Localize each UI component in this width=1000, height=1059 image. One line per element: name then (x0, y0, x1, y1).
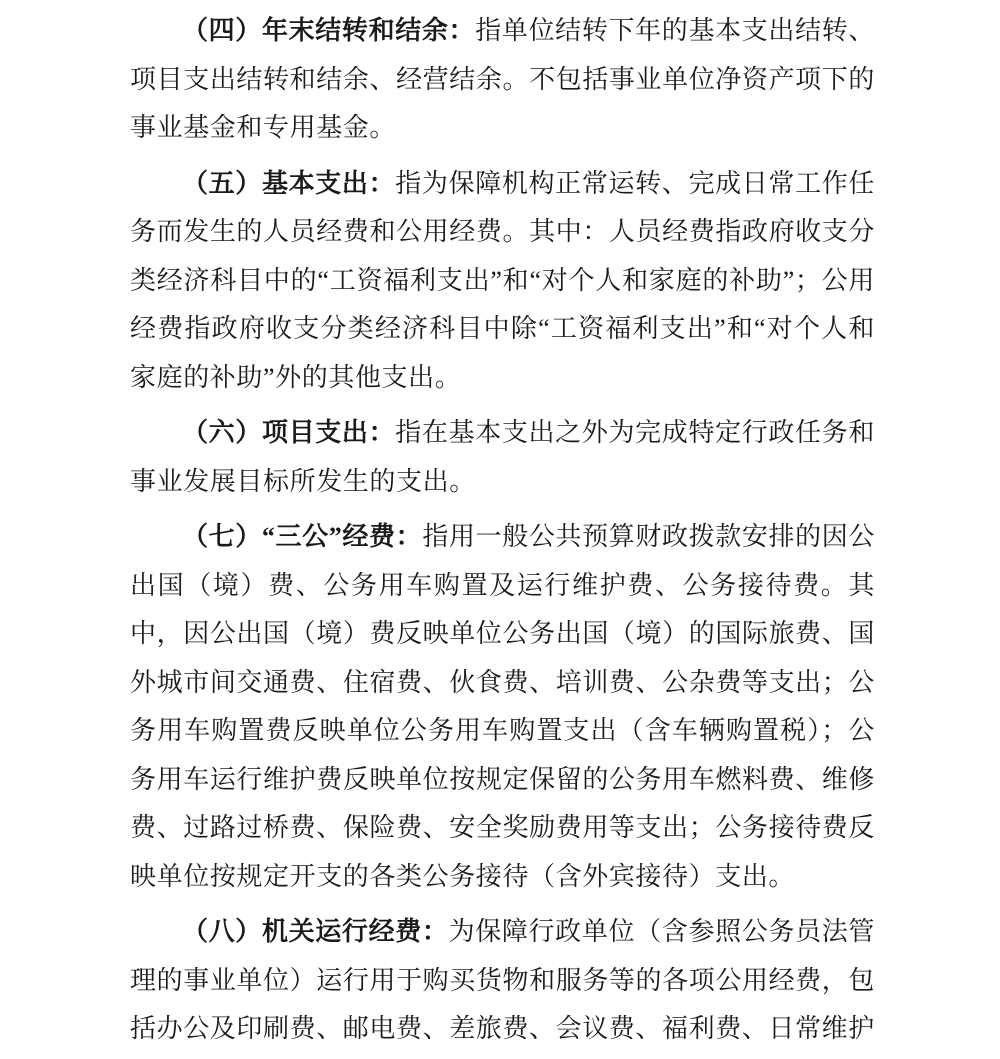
paragraph-term: （七）“三公”经费： (182, 522, 422, 551)
paragraph-term: （四）年末结转和结余： (182, 16, 475, 45)
paragraph-term: （六）项目支出： (182, 418, 395, 447)
paragraph-term: （五）基本支出： (182, 169, 395, 198)
document-paragraph: （七）“三公”经费：指用一般公共预算财政拨款安排的因公出国（境）费、公务用车购置… (130, 513, 875, 901)
document-body: （四）年末结转和结余：指单位结转下年的基本支出结转、项目支出结转和结余、经营结余… (130, 7, 875, 1054)
paragraph-text: 指用一般公共预算财政拨款安排的因公出国（境）费、公务用车购置及运行维护费、公务接… (130, 522, 875, 891)
document-paragraph: （五）基本支出：指为保障机构正常运转、完成日常工作任务而发生的人员经费和公用经费… (130, 160, 875, 403)
paragraph-term: （八）机关运行经费： (182, 917, 449, 946)
document-page: （四）年末结转和结余：指单位结转下年的基本支出结转、项目支出结转和结余、经营结余… (0, 0, 1000, 1059)
document-paragraph: （六）项目支出：指在基本支出之外为完成特定行政任务和事业发展目标所发生的支出。 (130, 409, 875, 506)
document-paragraph: （四）年末结转和结余：指单位结转下年的基本支出结转、项目支出结转和结余、经营结余… (130, 7, 875, 153)
document-paragraph: （八）机关运行经费：为保障行政单位（含参照公务员法管理的事业单位）运行用于购买货… (130, 908, 875, 1054)
paragraph-text: 指为保障机构正常运转、完成日常工作任务而发生的人员经费和公用经费。其中：人员经费… (130, 169, 875, 392)
